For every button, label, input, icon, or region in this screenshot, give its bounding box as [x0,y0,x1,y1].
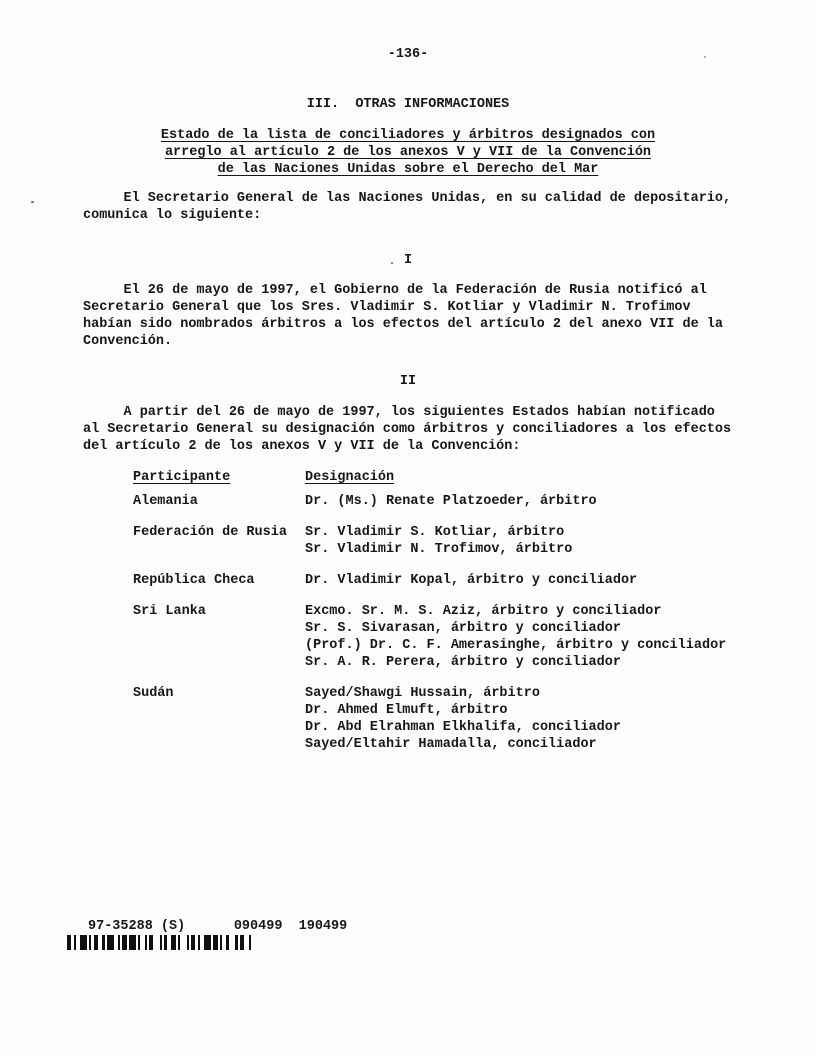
document-page: -136- III. OTRAS INFORMACIONES Estado de… [0,0,816,1056]
column-header-participant: Participante [133,470,230,485]
title-line-3: de las Naciones Unidas sobre el Derecho … [0,161,816,178]
barcode [67,935,255,950]
participant-name: Federación de Rusia [133,524,305,558]
participant-name: Alemania [133,493,305,510]
section-1-paragraph: El 26 de mayo de 1997, el Gobierno de la… [83,282,723,350]
table-row-sudan: Sudán Sayed/Shawgi Hussain, árbitro Dr. … [133,685,726,753]
section-heading: III. OTRAS INFORMACIONES [0,96,816,113]
scan-artifact [704,56,706,58]
designation-list: Dr. (Ms.) Renate Platzoeder, árbitro [305,493,726,510]
designation-list: Excmo. Sr. M. S. Aziz, árbitro y concili… [305,603,726,671]
document-title: Estado de la lista de conciliadores y ár… [0,127,816,178]
column-header-designation: Designación [305,470,394,485]
section-2-label: II [0,373,816,390]
table-row-republica-checa: República Checa Dr. Vladimir Kopal, árbi… [133,572,726,589]
intro-paragraph: El Secretario General de las Naciones Un… [83,190,731,224]
participant-name: Sudán [133,685,305,753]
table-row-sri-lanka: Sri Lanka Excmo. Sr. M. S. Aziz, árbitro… [133,603,726,671]
document-number: 97-35288 (S) 090499 190499 [88,918,347,935]
scan-artifact [391,262,393,264]
participant-name: República Checa [133,572,305,589]
section-1-label: I [0,252,816,269]
section-2-paragraph: A partir del 26 de mayo de 1997, los sig… [83,404,731,455]
designation-list: Sayed/Shawgi Hussain, árbitro Dr. Ahmed … [305,685,726,753]
designation-list: Dr. Vladimir Kopal, árbitro y conciliado… [305,572,726,589]
scan-artifact [31,201,34,203]
participant-name: Sri Lanka [133,603,305,671]
page-number: -136- [0,46,816,63]
participants-table: Participante Designación Alemania Dr. (M… [133,469,726,767]
designation-list: Sr. Vladimir S. Kotliar, árbitro Sr. Vla… [305,524,726,558]
title-line-1: Estado de la lista de conciliadores y ár… [0,127,816,144]
table-row-alemania: Alemania Dr. (Ms.) Renate Platzoeder, ár… [133,493,726,510]
table-row-federacion-de-rusia: Federación de Rusia Sr. Vladimir S. Kotl… [133,524,726,558]
title-line-2: arreglo al artículo 2 de los anexos V y … [0,144,816,161]
table-header-row: Participante Designación [133,469,726,486]
